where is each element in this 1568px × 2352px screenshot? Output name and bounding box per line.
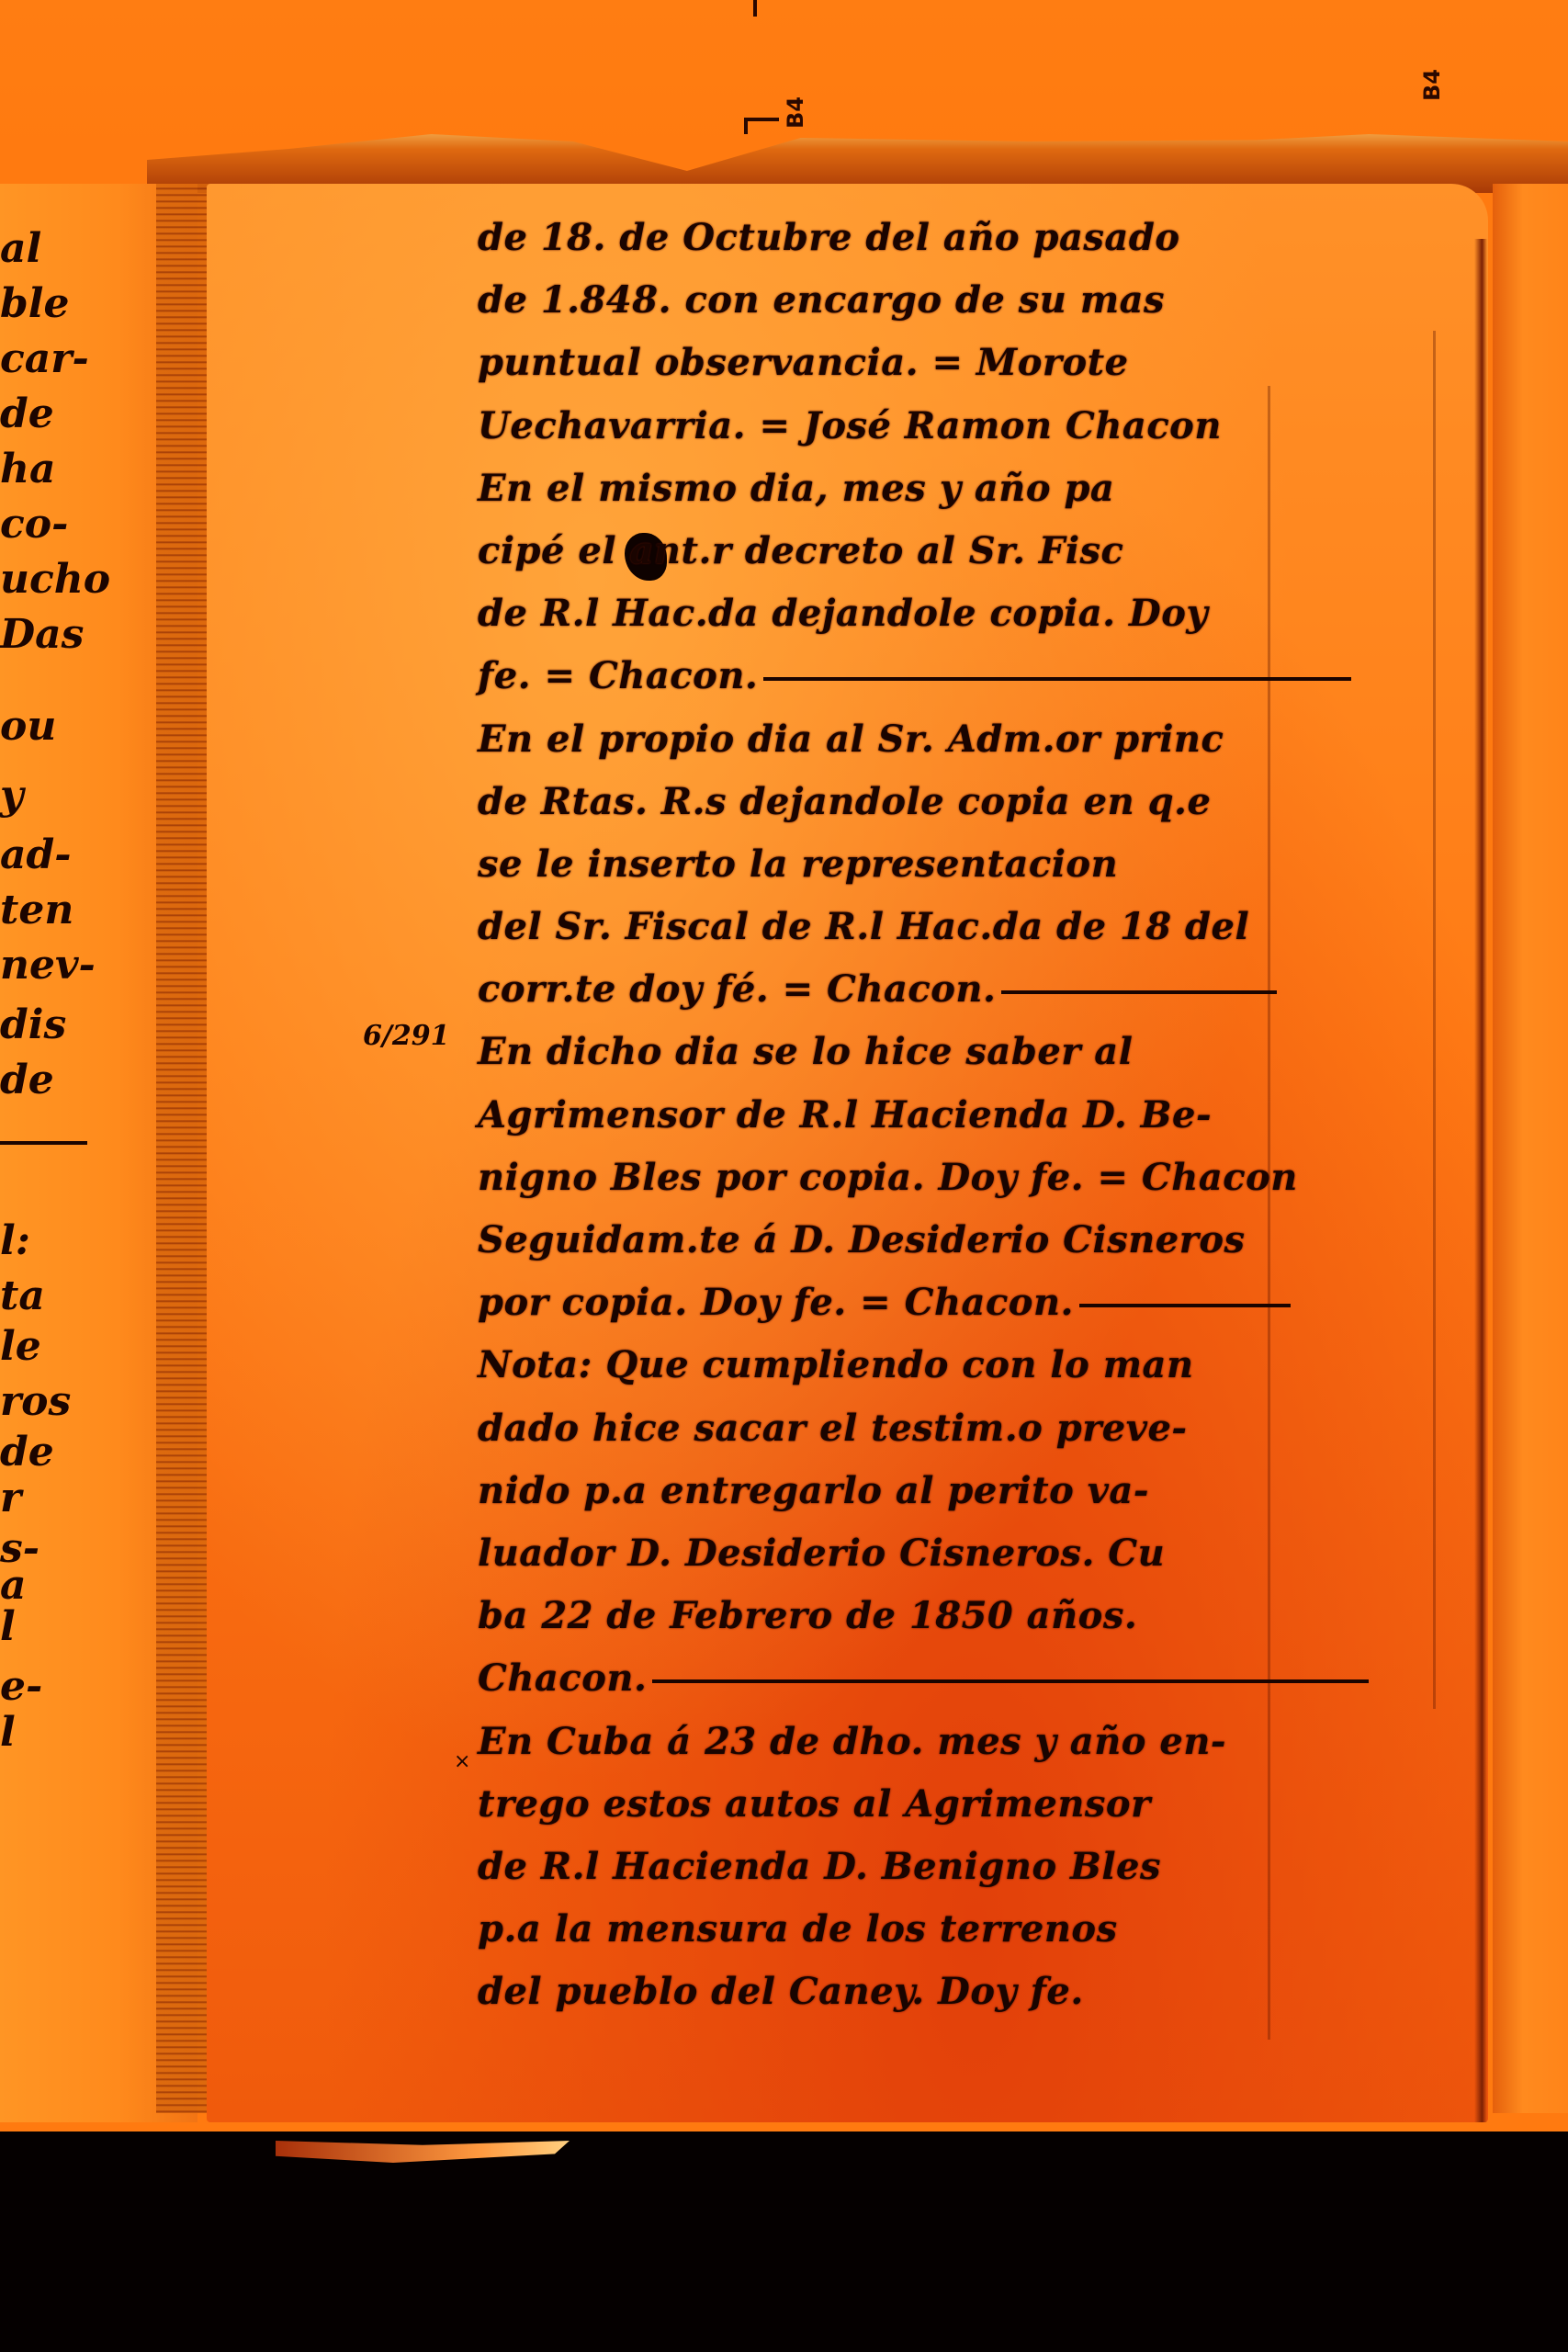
left-fragment: r <box>0 1475 21 1521</box>
left-fragment: ros <box>0 1378 71 1425</box>
manuscript-line: En el propio dia al Sr. Adm.or princ <box>478 708 1488 771</box>
manuscript-line: Nota: Que cumpliendo con lo man <box>478 1334 1488 1396</box>
manuscript-line: de R.l Hacienda D. Benigno Bles <box>478 1836 1488 1898</box>
archive-marker-right: B4 <box>1419 69 1445 101</box>
left-fragment: ou <box>0 703 56 750</box>
manuscript-line: luador D. Desiderio Cisneros. Cu <box>478 1522 1488 1585</box>
left-fragment: nev- <box>0 942 96 989</box>
left-fragment: ta <box>0 1272 45 1319</box>
left-fragment: ten <box>0 887 73 933</box>
manuscript-line: cipé el ant.r decreto al Sr. Fisc <box>478 520 1488 582</box>
signature-rule <box>1001 990 1277 994</box>
margin-folio-note: 6/291 <box>363 1020 449 1052</box>
left-fragment: ad- <box>0 831 72 878</box>
manuscript-line: nigno Bles por copia. Doy fe. = Chacon <box>478 1147 1488 1209</box>
left-fragment: l <box>0 1603 16 1650</box>
manuscript-line: ba 22 de Febrero de 1850 años. <box>478 1585 1488 1647</box>
left-fragment: a <box>0 1562 27 1609</box>
manuscript-line: del pueblo del Caney. Doy fe. <box>478 1961 1488 2023</box>
manuscript-line: En el mismo dia, mes y año pa <box>478 458 1488 520</box>
manuscript-line: corr.te doy fé. = Chacon. <box>478 958 1488 1021</box>
left-fragment: Das <box>0 611 84 658</box>
manuscript-line: trego estos autos al Agrimensor <box>478 1773 1488 1836</box>
manuscript-line: Agrimensor de R.l Hacienda D. Be- <box>478 1084 1488 1147</box>
manuscript-line: se le inserto la representacion <box>478 833 1488 896</box>
manuscript-text: de 18. de Octubre del año pasado de 1.84… <box>478 207 1488 2023</box>
left-fragment: de <box>0 390 54 437</box>
manuscript-line: Seguidam.te á D. Desiderio Cisneros <box>478 1209 1488 1272</box>
manuscript-line: En dicho dia se lo hice saber al <box>478 1021 1488 1083</box>
manuscript-line: Chacon. <box>478 1647 1488 1710</box>
manuscript-line: puntual observancia. = Morote <box>478 332 1488 394</box>
signature-rule <box>1079 1304 1291 1307</box>
manuscript-line: de 1.848. con encargo de su mas <box>478 269 1488 332</box>
left-fragment: l <box>0 1709 16 1756</box>
manuscript-line: del Sr. Fiscal de R.l Hac.da de 18 del <box>478 896 1488 958</box>
manuscript-line: por copia. Doy fe. = Chacon. <box>478 1272 1488 1334</box>
left-fragment: ha <box>0 446 56 492</box>
left-fragment: l: <box>0 1217 30 1264</box>
right-page-edge <box>1493 184 1568 2113</box>
left-fragment: e- <box>0 1663 42 1710</box>
left-page-rule <box>0 1141 87 1145</box>
left-fragment: dis <box>0 1001 66 1048</box>
margin-insertion-mark: × <box>454 1750 470 1773</box>
manuscript-line: de 18. de Octubre del año pasado <box>478 207 1488 269</box>
signature-rule <box>652 1679 1369 1683</box>
manuscript-line: p.a la mensura de los terrenos <box>478 1898 1488 1961</box>
manuscript-line: fe. = Chacon. <box>478 645 1488 707</box>
ruler-bracket-vertical <box>744 118 748 134</box>
manuscript-line: dado hice sacar el testim.o preve- <box>478 1397 1488 1460</box>
ruler-bracket <box>744 118 779 121</box>
left-fragment: al <box>0 225 41 272</box>
left-fragment: ucho <box>0 556 110 603</box>
left-fragment: y <box>0 772 24 819</box>
left-fragment: ble <box>0 280 69 327</box>
manuscript-line: de R.l Hac.da dejandole copia. Doy <box>478 582 1488 645</box>
left-fragment: car- <box>0 335 89 382</box>
ruler-tick-top <box>753 0 757 17</box>
signature-rule <box>763 677 1351 681</box>
left-fragment: co- <box>0 501 68 548</box>
left-fragment: de <box>0 1429 54 1476</box>
manuscript-line: En Cuba á 23 de dho. mes y año en- <box>478 1711 1488 1773</box>
bottom-shadow <box>0 2131 1568 2352</box>
manuscript-line: de Rtas. R.s dejandole copia en q.e <box>478 771 1488 833</box>
manuscript-line: Uechavarria. = José Ramon Chacon <box>478 395 1488 458</box>
archive-marker-left: B4 <box>783 96 808 129</box>
left-fragment: le <box>0 1323 41 1370</box>
left-fragment: de <box>0 1057 54 1103</box>
manuscript-line: nido p.a entregarlo al perito va- <box>478 1460 1488 1522</box>
